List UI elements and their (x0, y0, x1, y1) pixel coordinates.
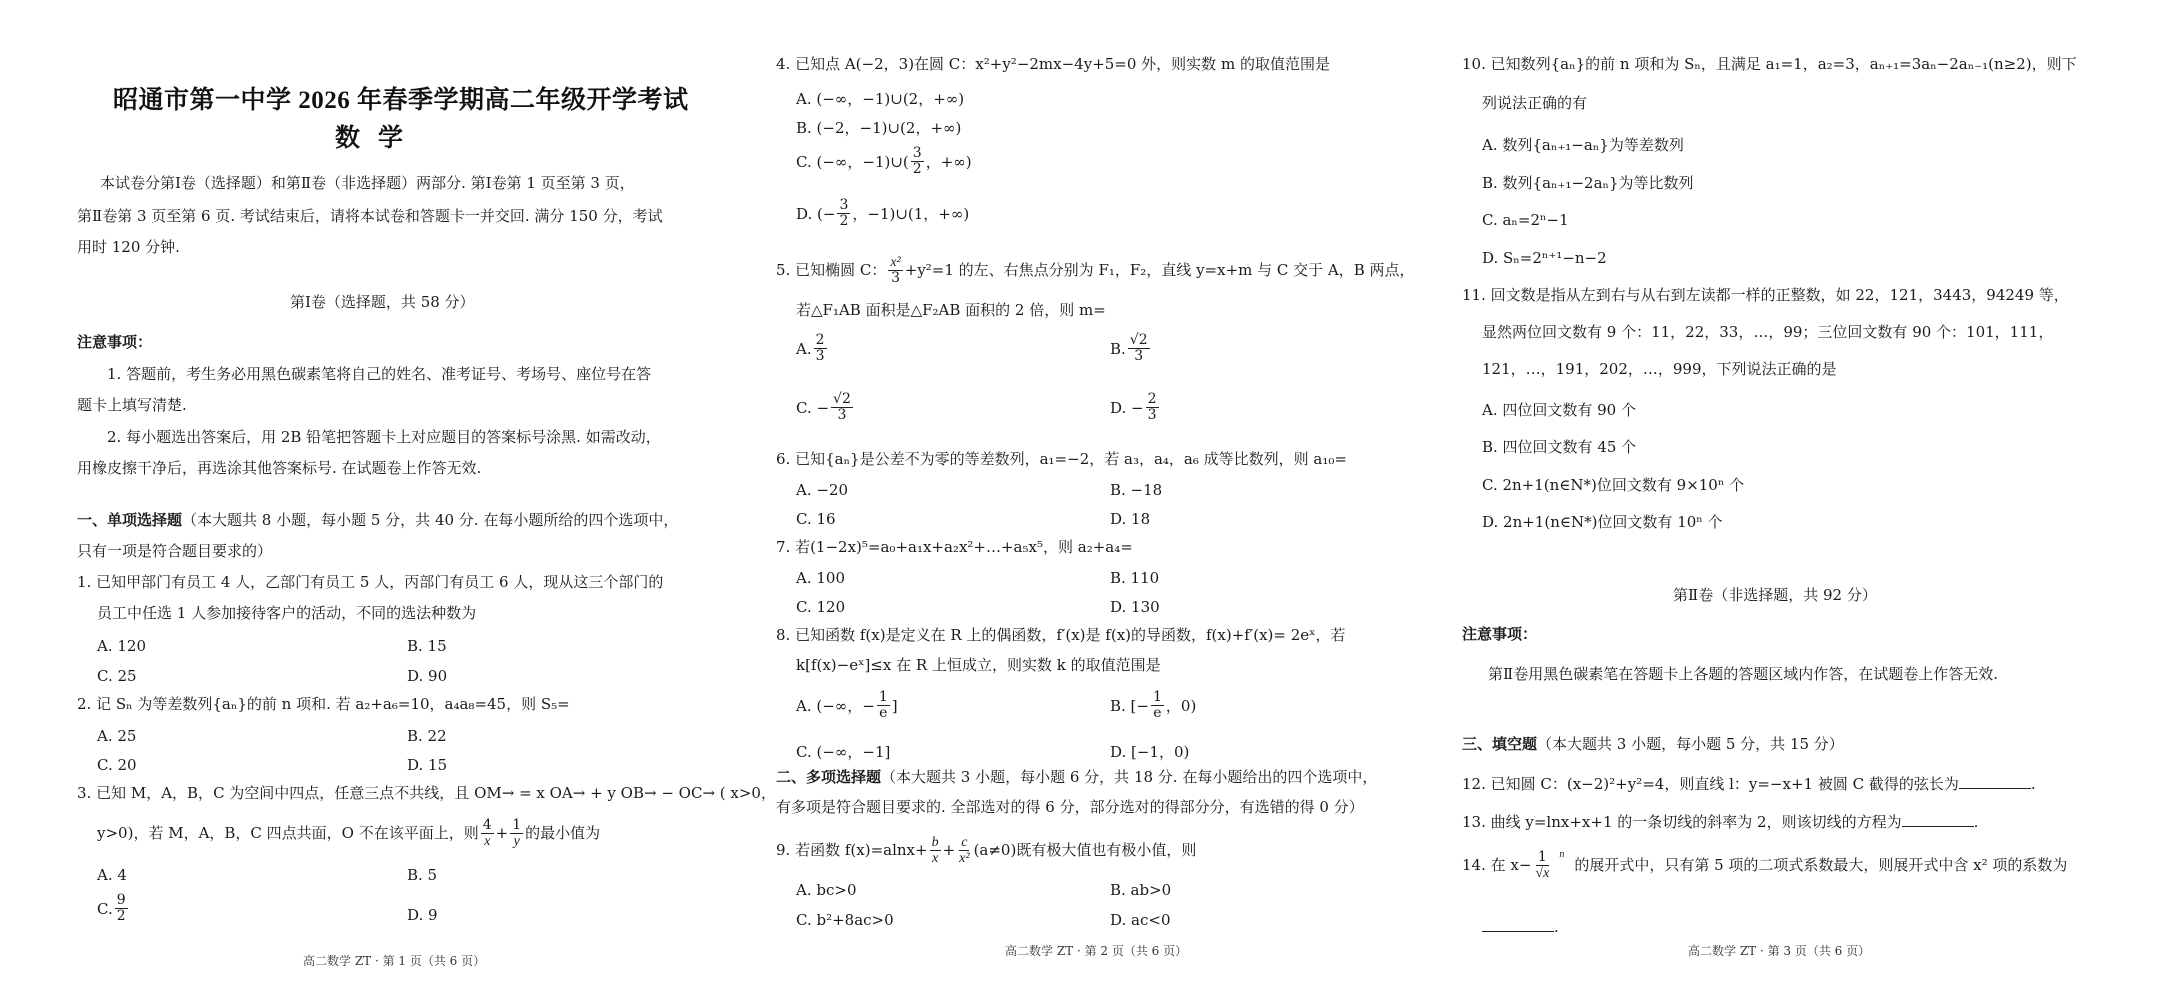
q14-answer-line: . (1482, 918, 1559, 935)
q10-stem-1: 10. 已知数列{aₙ}的前 n 项和为 Sₙ，且满足 a₁=1，a₂=3，aₙ… (1462, 57, 2077, 72)
q14-stem: 14. 在 x− 1√x n 的展开式中，只有第 5 项的二项式系数最大，则展开… (1462, 850, 2067, 882)
exam-page-3: 10. 已知数列{aₙ}的前 n 项和为 Sₙ，且满足 a₁=1，a₂=3，aₙ… (1460, 0, 2163, 1002)
q7-option-d: D. 130 (1110, 598, 1160, 616)
q14-answer-blank[interactable] (1482, 918, 1554, 932)
q4-option-b: B. (−2，−1)∪(2，+∞) (796, 117, 961, 138)
q7-option-b: B. 110 (1110, 569, 1159, 587)
q2-stem: 2. 记 Sₙ 为等差数列{aₙ}的前 n 项和. 若 a₂+a₆=10，a₄a… (77, 697, 570, 712)
q3-stem-2-text: y>0)，若 M，A，B，C 四点共面，O 不在该平面上，则 (97, 826, 479, 841)
q3-option-b: B. 5 (407, 866, 437, 884)
q2-option-d: D. 15 (407, 756, 447, 774)
q6-stem: 6. 已知{aₙ}是公差不为零的等差数列，a₁=−2，若 a₃，a₄，a₆ 成等… (776, 452, 1347, 467)
q3-fraction-1-over-y: 1y (510, 818, 523, 850)
q8-option-b: B. [− 1e ，0) (1110, 690, 1196, 722)
q4-option-c: C. (−∞，−1)∪( 32 ，+∞) (796, 146, 972, 178)
page-footer-3: 高二数学 ZT · 第 3 页（共 6 页） (1688, 942, 1870, 959)
q11-option-b: B. 四位回文数有 45 个 (1482, 436, 1636, 457)
q5-option-a: A. 23 (796, 333, 829, 365)
q4-option-d: D. (− 32 ，−1)∪(1，+∞) (796, 198, 969, 230)
intro-line-1: 本试卷分第Ⅰ卷（选择题）和第Ⅱ卷（非选择题）两部分. 第Ⅰ卷第 1 页至第 3 … (100, 176, 635, 191)
q6-option-d: D. 18 (1110, 510, 1150, 528)
q9-option-a: A. bc>0 (796, 881, 856, 899)
notice-2-line-1: 2. 每小题选出答案后，用 2B 铅笔把答题卡上对应题目的答案标号涂黑. 如需改… (107, 430, 661, 445)
q10-option-b: B. 数列{aₙ₊₁−2aₙ}为等比数列 (1482, 172, 1694, 193)
q4-option-a: A. (−∞，−1)∪(2，+∞) (796, 88, 964, 109)
section-2-desc-2: 有多项是符合题目要求的. 全部选对的得 6 分，部分选对的得部分分，有选错的得 … (776, 800, 1364, 815)
q7-option-c: C. 120 (796, 598, 845, 616)
notice-heading-2: 注意事项： (1462, 627, 1537, 642)
q6-option-c: C. 16 (796, 510, 836, 528)
section-2-title: 二、多项选择题 (776, 768, 881, 786)
notice-heading: 注意事项： (77, 335, 152, 350)
q1-stem-2: 员工中任选 1 人参加接待客户的活动，不同的选法种数为 (97, 606, 476, 621)
intro-line-2: 第Ⅱ卷第 3 页至第 6 页. 考试结束后，请将本试卷和答题卡一并交回. 满分 … (77, 209, 663, 224)
q5-stem-1: 5. 已知椭圆 C： x²3 +y²=1 的左、右焦点分别为 F₁，F₂，直线 … (776, 255, 1415, 287)
intro-line-3: 用时 120 分钟. (77, 240, 180, 255)
section-2-heading: 二、多项选择题（本大题共 3 小题，每小题 6 分，共 18 分. 在每小题给出… (776, 770, 1377, 785)
q7-stem: 7. 若(1−2x)⁵=a₀+a₁x+a₂x²+…+a₅x⁵，则 a₂+a₄= (776, 540, 1133, 555)
part2-heading: 第Ⅱ卷（非选择题，共 92 分） (1673, 588, 1877, 603)
q4-stem: 4. 已知点 A(−2，3)在圆 C：x²+y²−2mx−4y+5=0 外，则实… (776, 57, 1330, 72)
q10-stem-2: 列说法正确的有 (1482, 96, 1587, 111)
q8-stem-2: k[f(x)−eˣ]≤x 在 R 上恒成立，则实数 k 的取值范围是 (796, 658, 1161, 673)
q1-option-c: C. 25 (97, 667, 137, 685)
q9-option-c: C. b²+8ac>0 (796, 911, 894, 929)
page-footer-1: 高二数学 ZT · 第 1 页（共 6 页） (303, 952, 485, 969)
q5-option-c: C. − √23 (796, 392, 855, 424)
q12-answer-blank[interactable] (1959, 775, 2031, 789)
q8-stem-1: 8. 已知函数 f(x)是定义在 R 上的偶函数，f′(x)是 f(x)的导函数… (776, 628, 1346, 643)
q11-option-d: D. 2n+1(n∈N*)位回文数有 10ⁿ 个 (1482, 511, 1723, 532)
part1-heading: 第Ⅰ卷（选择题，共 58 分） (290, 295, 475, 310)
q3-stem-2: y>0)，若 M，A，B，C 四点共面，O 不在该平面上，则 4x + 1y 的… (97, 818, 600, 850)
q8-option-d: D. [−1，0) (1110, 741, 1189, 762)
section-1-title: 一、单项选择题 (77, 511, 182, 529)
q1-option-d: D. 90 (407, 667, 447, 685)
q6-option-b: B. −18 (1110, 481, 1162, 499)
q11-stem-3: 121，…，191，202，…，999，下列说法正确的是 (1482, 362, 1837, 377)
q11-option-c: C. 2n+1(n∈N*)位回文数有 9×10ⁿ 个 (1482, 474, 1744, 495)
section-1-desc: （本大题共 8 小题，每小题 5 分，共 40 分. 在每小题所给的四个选项中， (182, 511, 678, 529)
q8-option-a: A. (−∞，− 1e ] (796, 690, 898, 722)
q3-option-c: C. 92 (97, 893, 130, 925)
q1-stem-1: 1. 已知甲部门有员工 4 人，乙部门有员工 5 人，丙部门有员工 6 人，现从… (77, 575, 663, 590)
page-footer-2: 高二数学 ZT · 第 2 页（共 6 页） (1005, 942, 1187, 959)
notice-1-line-1: 1. 答题前，考生务必用黑色碳素笔将自己的姓名、准考证号、考场号、座位号在答 (107, 367, 651, 382)
q7-option-a: A. 100 (796, 569, 845, 587)
q2-option-b: B. 22 (407, 727, 447, 745)
q8-option-c: C. (−∞，−1] (796, 741, 890, 762)
q2-option-a: A. 25 (97, 727, 136, 745)
section-3-desc: （本大题共 3 小题，每小题 5 分，共 15 分） (1537, 735, 1844, 753)
q3-option-a: A. 4 (97, 866, 127, 884)
q3-stem-1: 3. 已知 M，A，B，C 为空间中四点，任意三点不共线，且 OM→ = x O… (77, 786, 776, 801)
q2-option-c: C. 20 (97, 756, 137, 774)
notice-1-line-2: 题卡上填写清楚. (77, 398, 187, 413)
exam-subject: 数学 (335, 118, 421, 154)
q9-option-d: D. ac<0 (1110, 911, 1170, 929)
q5-option-b: B. √23 (1110, 333, 1152, 365)
notice-2-line-2: 用橡皮擦干净后，再选涂其他答案标号. 在试题卷上作答无效. (77, 461, 481, 476)
exam-page-2: 4. 已知点 A(−2，3)在圆 C：x²+y²−2mx−4y+5=0 外，则实… (760, 0, 1460, 1002)
exam-page-1: 昭通市第一中学 2026 年春季学期高二年级开学考试 数学 本试卷分第Ⅰ卷（选择… (0, 0, 760, 1002)
q3-option-d: D. 9 (407, 906, 438, 924)
q1-option-b: B. 15 (407, 637, 447, 655)
q13-answer-blank[interactable] (1902, 813, 1974, 827)
q10-option-a: A. 数列{aₙ₊₁−aₙ}为等差数列 (1482, 134, 1684, 155)
q10-option-d: D. Sₙ=2ⁿ⁺¹−n−2 (1482, 249, 1607, 267)
q5-option-d: D. − 23 (1110, 392, 1161, 424)
exam-title: 昭通市第一中学 2026 年春季学期高二年级开学考试 (113, 80, 689, 116)
q10-option-c: C. aₙ=2ⁿ−1 (1482, 211, 1569, 229)
section-3-heading: 三、填空题（本大题共 3 小题，每小题 5 分，共 15 分） (1462, 737, 1844, 752)
q6-option-a: A. −20 (796, 481, 848, 499)
q12-stem: 12. 已知圆 C：(x−2)²+y²=4，则直线 l：y=−x+1 被圆 C … (1462, 775, 2036, 792)
q13-stem: 13. 曲线 y=lnx+x+1 的一条切线的斜率为 2，则该切线的方程为. (1462, 813, 1978, 830)
q11-stem-1: 11. 回文数是指从左到右与从右到左读都一样的正整数，如 22，121，3443… (1462, 288, 2069, 303)
q9-option-b: B. ab>0 (1110, 881, 1171, 899)
section-1-heading: 一、单项选择题（本大题共 8 小题，每小题 5 分，共 40 分. 在每小题所给… (77, 513, 678, 528)
section-1-desc-2: 只有一项是符合题目要求的） (77, 544, 272, 559)
section-3-title: 三、填空题 (1462, 735, 1537, 753)
q1-option-a: A. 120 (97, 637, 146, 655)
q11-stem-2: 显然两位回文数有 9 个：11，22，33，…，99；三位回文数有 90 个：1… (1482, 325, 2053, 340)
q11-option-a: A. 四位回文数有 90 个 (1482, 399, 1636, 420)
q9-stem: 9. 若函数 f(x)=alnx+ bx + cx² (a≠0)既有极大值也有极… (776, 835, 1196, 867)
section-2-desc: （本大题共 3 小题，每小题 6 分，共 18 分. 在每小题给出的四个选项中， (881, 768, 1377, 786)
q3-fraction-4-over-x: 4x (481, 818, 494, 850)
q5-stem-2: 若△F₁AB 面积是△F₂AB 面积的 2 倍，则 m= (796, 303, 1106, 318)
notice-text-2: 第Ⅱ卷用黑色碳素笔在答题卡上各题的答题区域内作答，在试题卷上作答无效. (1488, 667, 1998, 682)
